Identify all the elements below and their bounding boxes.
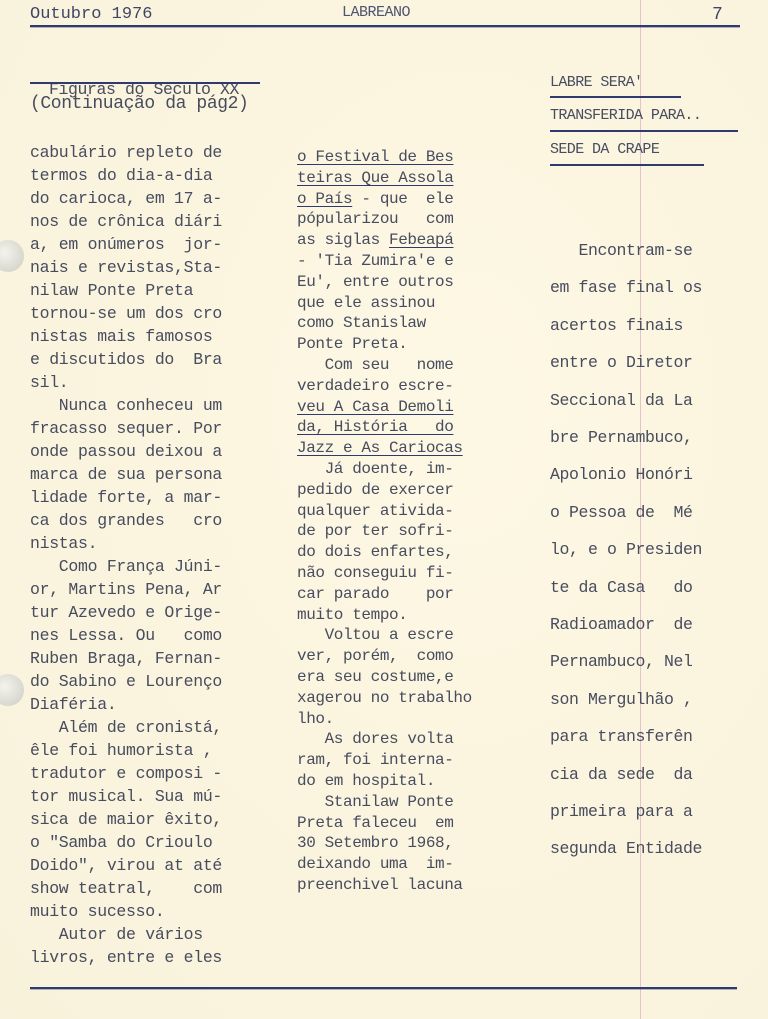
text-line: sica de maior êxito, [30, 810, 222, 830]
text-line: nilaw Ponte Preta [30, 281, 193, 301]
publication-title: LABREANO [342, 4, 410, 21]
text-line: qualquer ativida- [297, 501, 453, 521]
text-line: para transferên [550, 727, 693, 747]
text-line: Autor de vários [30, 925, 203, 945]
text-line: muito tempo. [297, 605, 407, 625]
text-line: nos de crônica diári [30, 212, 222, 232]
text-line: onde passou deixou a [30, 442, 222, 462]
text-line: o Festival de Bes [297, 147, 453, 167]
text-line: Voltou a escre [297, 625, 453, 645]
text-line: marca de sua persona [30, 465, 222, 485]
text-line: Stanilaw Ponte [297, 792, 453, 812]
page-header: Outubro 1976 LABREANO 7 [0, 2, 768, 32]
article-subtitle: (Continuação da pág2) [30, 94, 248, 114]
text-line: pópularizou com [297, 209, 453, 229]
text-line: termos do dia-a-dia [30, 166, 212, 186]
text-line: muito sucesso. [30, 902, 164, 922]
text-line: teiras Que Assola [297, 168, 453, 188]
headline-underline-3 [550, 164, 704, 166]
book-title-underline: o País [297, 190, 352, 208]
text-line: o "Samba do Crioulo [30, 833, 212, 853]
headline-underline-2 [550, 130, 738, 132]
text-line: fracasso sequer. Por [30, 419, 222, 439]
text-line: or, Martins Pena, Ar [30, 580, 222, 600]
text-line: segunda Entidade [550, 839, 702, 859]
text-line: Preta faleceu em [297, 813, 453, 833]
text-line: o País - que ele [297, 189, 453, 209]
text-line: As dores volta [297, 729, 453, 749]
headline-line-3: SEDE DA CRAPE [550, 141, 659, 158]
text-line: entre o Diretor [550, 353, 693, 373]
text-line: do Sabino e Lourenço [30, 672, 222, 692]
text-line: Doido", virou at até [30, 856, 222, 876]
headline-underline-1 [550, 96, 681, 98]
text-line: primeira para a [550, 802, 693, 822]
text-line: do carioca, em 17 a- [30, 189, 222, 209]
text-line: como Stanislaw [297, 313, 426, 333]
text-line: verdadeiro escre- [297, 376, 453, 396]
text-line: sil. [30, 373, 68, 393]
text-line: veu A Casa Demoli [297, 397, 453, 417]
text-line: em fase final os [550, 278, 702, 298]
text-line: cabulário repleto de [30, 143, 222, 163]
text-line: de por ter sofri- [297, 521, 453, 541]
headline-line-2: TRANSFERIDA PARA.. [550, 107, 701, 124]
text-line: lo, e o Presiden [550, 540, 702, 560]
text-line: nistas. [30, 534, 97, 554]
text-line: preenchivel lacuna [297, 875, 463, 895]
text-line: lidade forte, a mar- [30, 488, 222, 508]
text-line: lho. [297, 709, 334, 729]
text-line: son Mergulhão , [550, 690, 693, 710]
footer-rule [30, 987, 737, 989]
text-line: Encontram-se [550, 241, 693, 261]
text-line: Jazz e As Cariocas [297, 438, 463, 458]
text-line: Diaféria. [30, 695, 116, 715]
punch-hole-bottom [0, 674, 24, 706]
text-line: pedido de exercer [297, 480, 453, 500]
text-line: nais e revistas,Sta- [30, 258, 222, 278]
text-line: que ele assinou [297, 293, 435, 313]
text-line: Como França Júni- [30, 557, 222, 577]
text-line: tradutor e composi - [30, 764, 222, 784]
header-rule [30, 25, 740, 27]
punch-hole-top [0, 240, 24, 272]
text-line: - 'Tia Zumira'e e [297, 251, 453, 271]
text-line: deixando uma im- [297, 854, 453, 874]
text-line: cia da sede da [550, 765, 693, 785]
text-line: era seu costume,e [297, 667, 453, 687]
text-line: tornou-se um dos cro [30, 304, 222, 324]
text-line: ram, foi interna- [297, 750, 453, 770]
text-line: Já doente, im- [297, 459, 453, 479]
text-line: nes Lessa. Ou como [30, 626, 222, 646]
headline-line-1: LABRE SERA' [550, 74, 642, 91]
text-line: xagerou no trabalho [297, 688, 472, 708]
article-title-underline [30, 82, 260, 84]
text-line: livros, entre e eles [30, 948, 222, 968]
text-line: e discutidos do Bra [30, 350, 222, 370]
text-line: ca dos grandes cro [30, 511, 222, 531]
text-line: Ponte Preta. [297, 334, 407, 354]
text-line: Seccional da La [550, 391, 693, 411]
text-line: show teatral, com [30, 879, 222, 899]
text-line: Eu', entre outros [297, 272, 453, 292]
text-line: acertos finais [550, 316, 683, 336]
text-line: as siglas Febeapá [297, 230, 453, 250]
text-line: Radioamador de [550, 615, 693, 635]
text-line: bre Pernambuco, [550, 428, 693, 448]
text-line: êle foi humorista , [30, 741, 212, 761]
acronym-underline: Febeapá [389, 231, 453, 249]
text-line: Nunca conheceu um [30, 396, 222, 416]
page-number: 7 [712, 5, 723, 25]
text-line: Ruben Braga, Fernan- [30, 649, 222, 669]
text-line: tor musical. Sua mú- [30, 787, 222, 807]
text-line: te da Casa do [550, 578, 693, 598]
text-line: Além de cronistá, [30, 718, 222, 738]
issue-date: Outubro 1976 [30, 5, 152, 24]
text-line: 30 Setembro 1968, [297, 833, 453, 853]
text-line: Apolonio Honóri [550, 465, 693, 485]
text-line: a, em onúmeros jor- [30, 235, 222, 255]
text-line: da, História do [297, 417, 453, 437]
text-line: Pernambuco, Nel [550, 652, 693, 672]
text-line: ver, porém, como [297, 646, 453, 666]
text-line: car parado por [297, 584, 453, 604]
text-line: o Pessoa de Mé [550, 503, 693, 523]
text-line: tur Azevedo e Orige- [30, 603, 222, 623]
text-line: do dois enfartes, [297, 542, 453, 562]
text-line: Com seu nome [297, 355, 453, 375]
text-line: nistas mais famosos [30, 327, 212, 347]
text-line: do em hospital. [297, 771, 435, 791]
text-line: não conseguiu fi- [297, 563, 453, 583]
